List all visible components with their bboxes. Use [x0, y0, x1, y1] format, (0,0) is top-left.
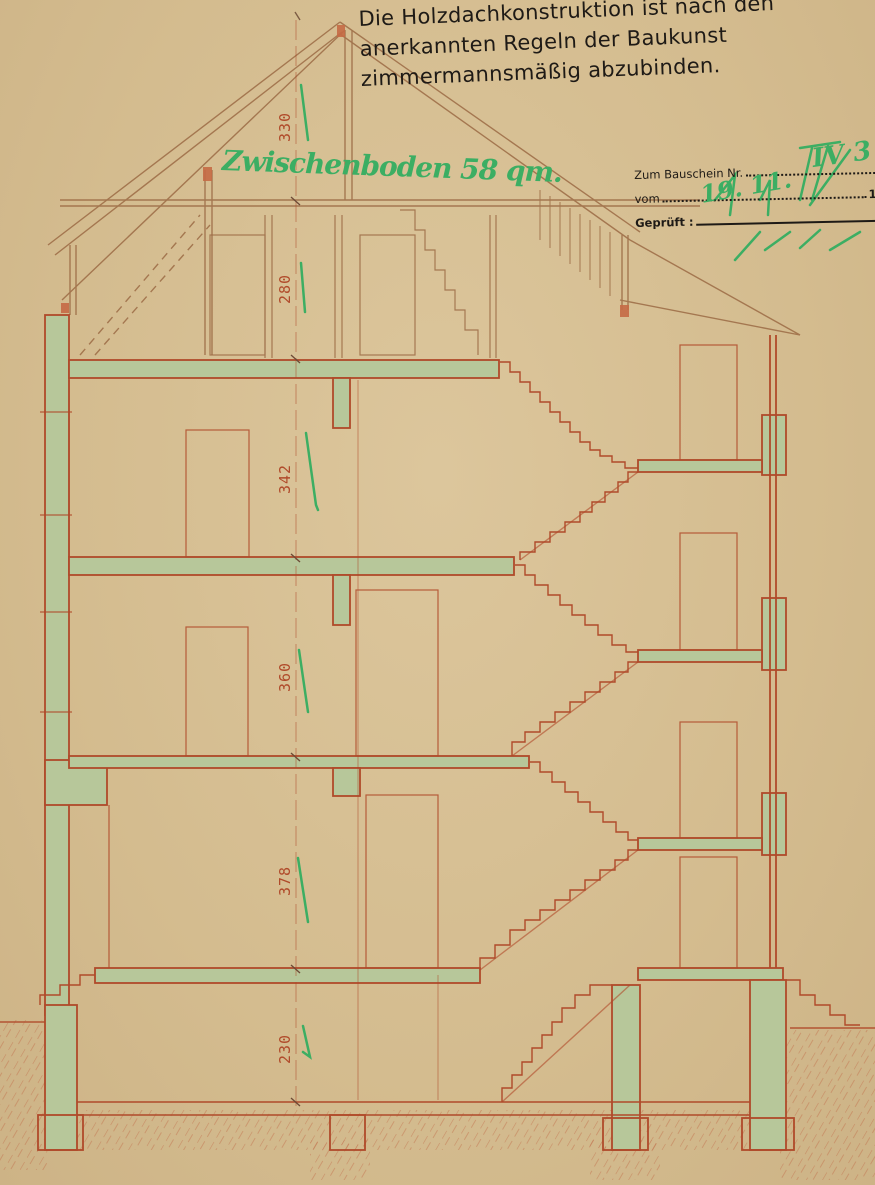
permit-year-prefix: 19 — [868, 187, 875, 201]
dimension-second-floor-height: 360 — [276, 662, 294, 692]
dimension-first-floor-height: 378 — [276, 866, 294, 896]
dimension-third-floor-height: 342 — [276, 464, 294, 494]
attic-rooms — [210, 210, 496, 358]
permit-date-label: vom — [635, 191, 660, 206]
dimension-attic-height: 280 — [276, 274, 294, 304]
checked-label: Geprüft : — [635, 215, 694, 230]
dimension-roof-height: 330 — [276, 112, 294, 142]
dimension-basement-height: 230 — [276, 1034, 294, 1064]
